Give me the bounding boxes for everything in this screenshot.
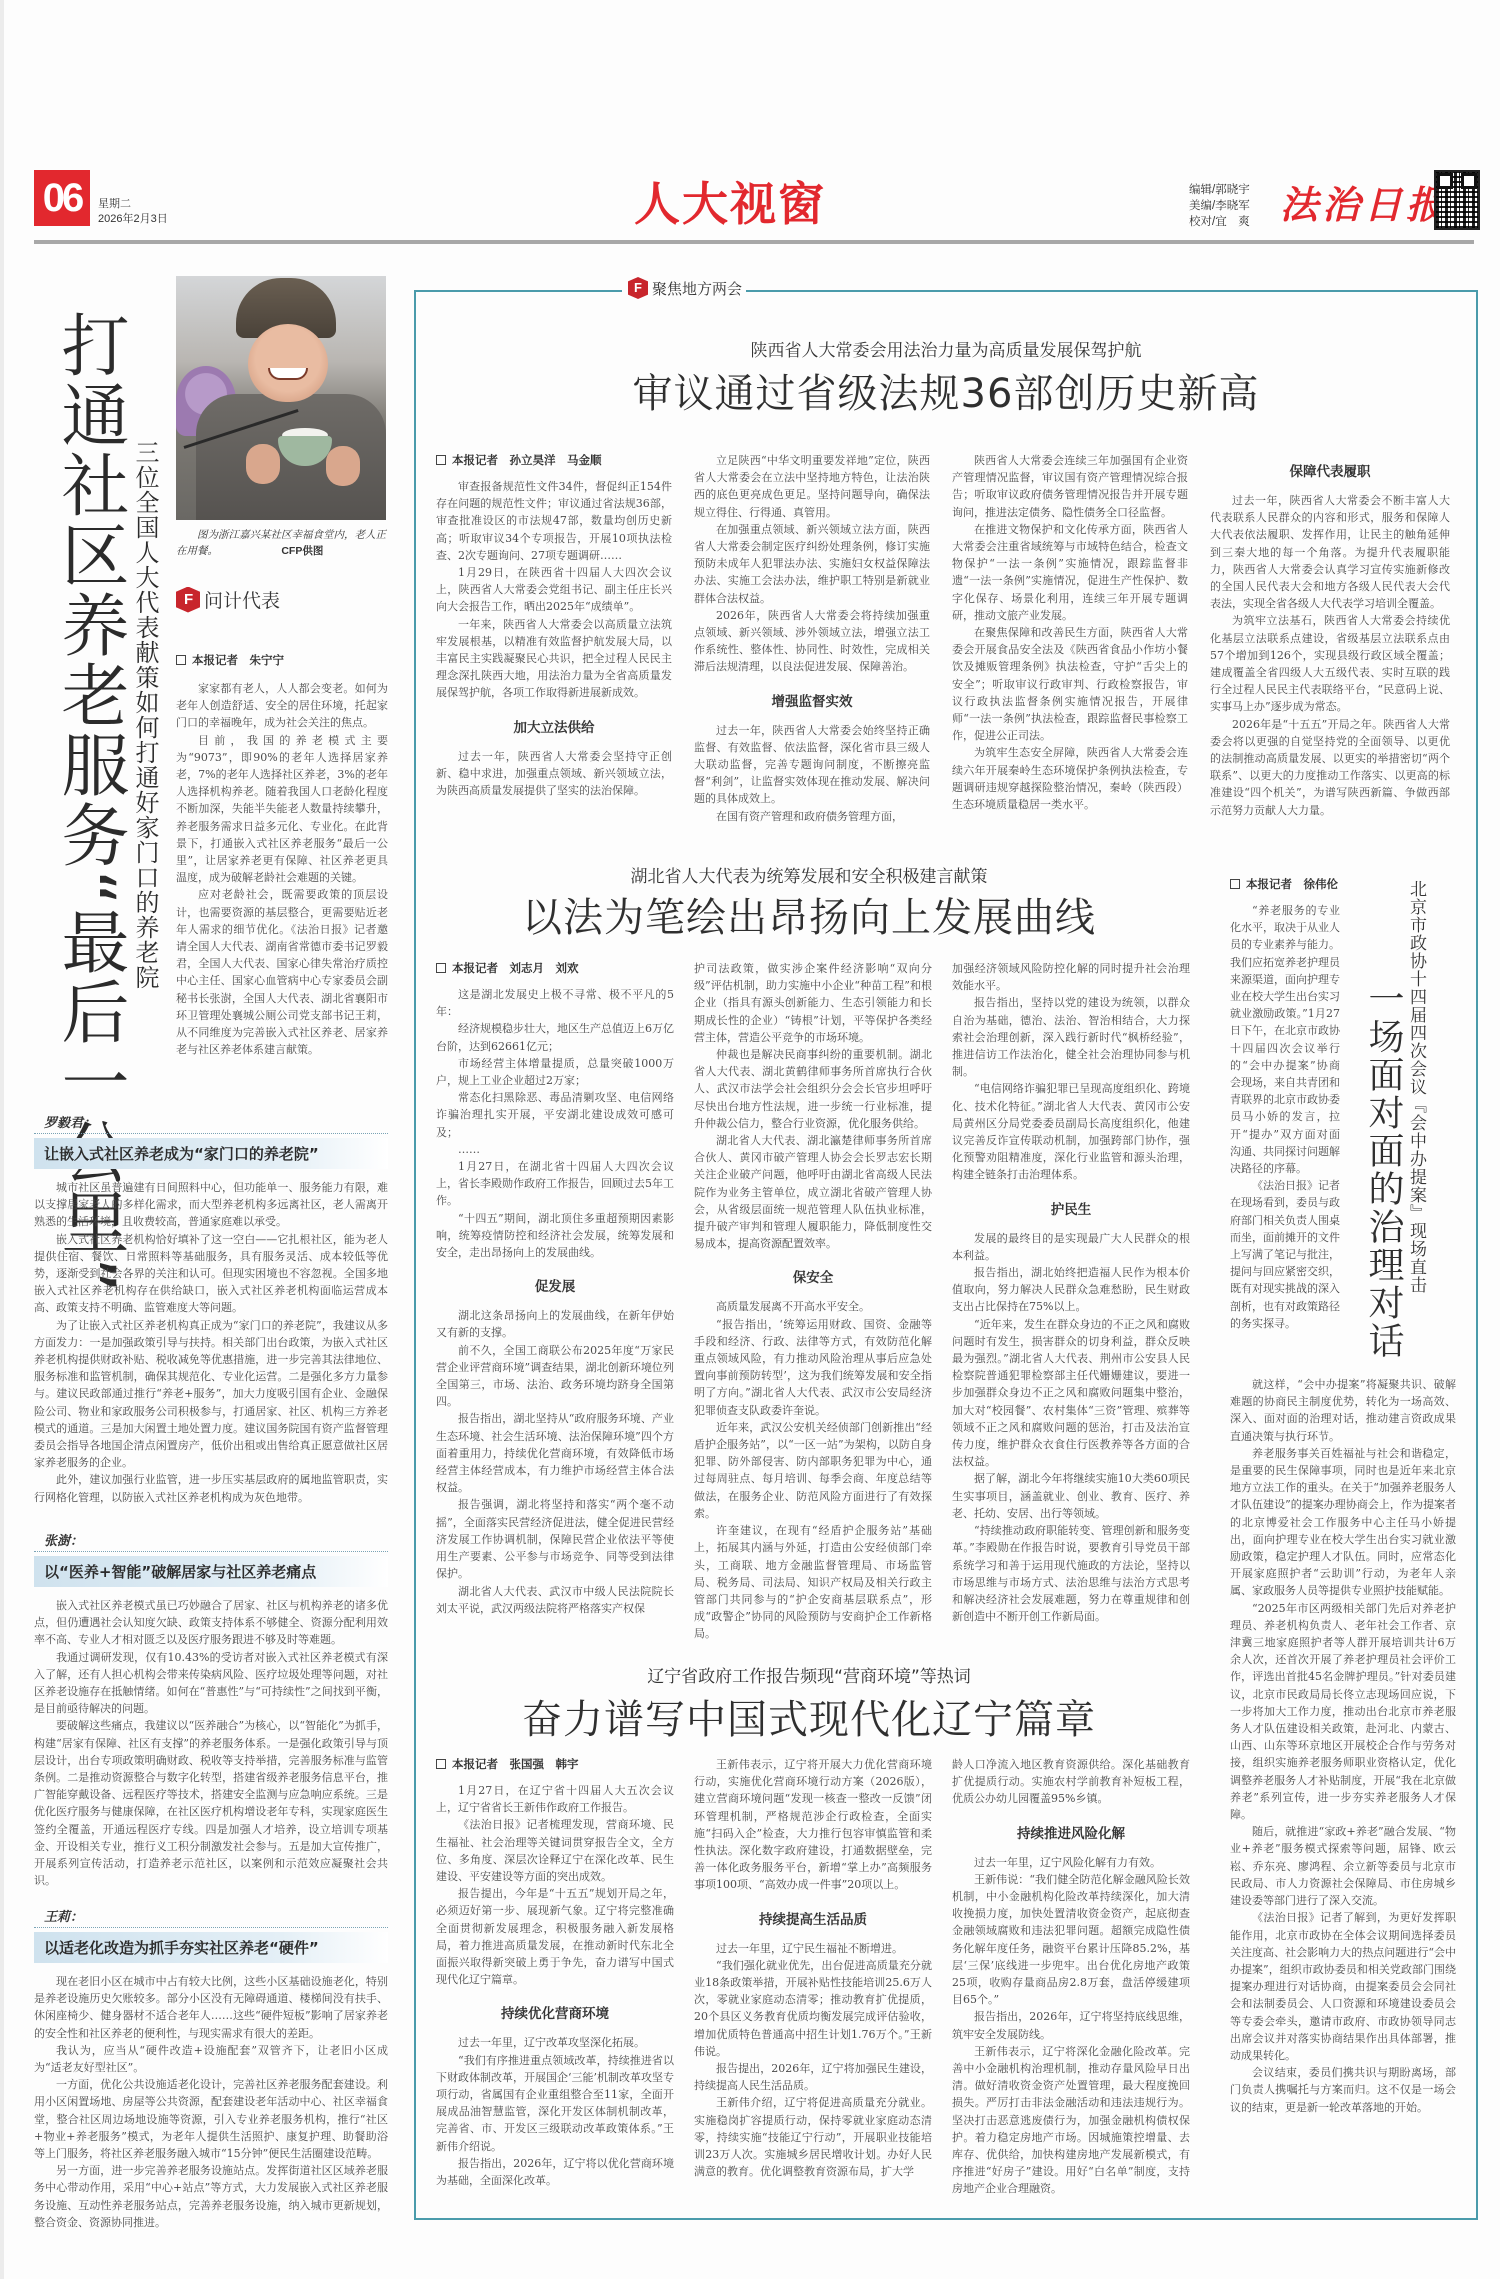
column-title: 人大视窗	[634, 168, 826, 234]
photo-caption: 图为浙江嘉兴某社区幸福食堂内，老人正在用餐。 CFP供图	[176, 527, 388, 559]
liaoning-col-3: 龄人口净流入地区教育资源供给。深化基础教育扩优提质行动。实施农村学前教育补短板工…	[952, 1756, 1190, 2198]
section-tag-wenji: 问计代表	[176, 586, 280, 613]
liaoning-col-1: 本报记者 张国强 韩宇 1月27日，在辽宁省十四届人大五次会议上，辽宁省省长王新…	[436, 1756, 674, 2189]
masthead-rule	[34, 240, 1474, 244]
subheading: 护民生	[952, 1198, 1190, 1218]
byline: 本报记者 张国强 韩宇	[436, 1756, 674, 1772]
section-headline: 以“医养+智能”破解居家与社区养老痛点	[34, 1556, 388, 1587]
shaanxi-col-1: 本报记者 孙立昊洋 马金顺 审查报备规范性文件34件，督促纠正154件存在问题的…	[436, 452, 672, 799]
liaoning-kicker: 辽宁省政府工作报告频现“营商环境”等热词	[414, 1662, 1204, 1687]
editor-credits: 编辑/郭晓宇 美编/李晓军 校对/宜 爽	[1189, 182, 1250, 230]
beijing-col-narrow: 本报记者 徐伟伦 “养老服务的专业化水平，取决于从业人员的专业素养与能力。我们应…	[1230, 876, 1340, 1332]
liaoning-col-2: 王新伟表示，辽宁将开展大力优化营商环境行动，实施优化营商环境行动方案（2026版…	[694, 1756, 932, 2180]
feature-intro: 家家都有老人，人人都会变老。如何为老年人创造舒适、安全的居住环境，托起家门口的幸…	[176, 680, 388, 1058]
beijing-headline: 一场面对面的治理对话	[1358, 980, 1409, 1360]
newspaper-logo: 法治日报	[1280, 174, 1448, 229]
square-bullet-icon	[436, 963, 446, 973]
subheading: 促发展	[436, 1275, 674, 1295]
shaanxi-col-2: 立足陕西“中华文明重要发祥地”定位，陕西省人大常委会在立法中坚持地方特色，让法治…	[694, 452, 930, 825]
hubei-col-1: 本报记者 刘志月 刘欢 这是湖北发展史上极不寻常、极不平凡的5年： 经济规模稳步…	[436, 960, 674, 1617]
credit-designer: 美编/李晓军	[1189, 198, 1250, 214]
shaanxi-kicker: 陕西省人大常委会用法治力量为高质量发展保驾护航	[414, 336, 1478, 361]
liaoning-headline: 奋力谱写中国式现代化辽宁篇章	[414, 1688, 1204, 1745]
feature-photo	[176, 276, 386, 520]
speaker-name: 罗毅君：	[34, 1112, 388, 1134]
issue-date: 2026年2月3日	[98, 210, 168, 226]
square-bullet-icon	[436, 1759, 446, 1769]
subheading: 持续优化营商环境	[436, 2002, 674, 2022]
subheading: 持续提高生活品质	[694, 1908, 932, 1928]
square-bullet-icon	[436, 455, 446, 465]
section-headline: 让嵌入式社区养老成为“家门口的养老院”	[34, 1138, 388, 1169]
page-number: 06	[34, 170, 90, 226]
subheading: 保安全	[694, 1266, 932, 1286]
hubei-headline: 以法为笔绘出昂扬向上发展曲线	[414, 886, 1204, 943]
newspaper-page: 06 星期二 2026年2月3日 人大视窗 编辑/郭晓宇 美编/李晓军 校对/宜…	[0, 0, 1500, 2279]
byline: 本报记者 朱宁宁	[176, 652, 284, 668]
subheading: 增强监督实效	[694, 690, 930, 710]
speaker-name: 王莉：	[34, 1906, 388, 1928]
section-tag-jujiao: 聚焦地方两会	[624, 277, 746, 299]
hubei-kicker: 湖北省人大代表为统筹发展和安全积极建言献策	[414, 862, 1204, 887]
shaanxi-col-4: 保障代表履职 过去一年，陕西省人大常委会不断丰富人大代表联系人民群众的内容和形式…	[1210, 446, 1450, 819]
f-logo-icon	[176, 587, 200, 613]
subheading: 保障代表履职	[1210, 460, 1450, 480]
square-bullet-icon	[176, 655, 186, 665]
section-headline: 以适老化改造为抓手夯实社区养老“硬件”	[34, 1932, 388, 1963]
hubei-col-3: 加强经济领域风险防控化解的同时提升社会治理效能水平。 报告指出，坚持以党的建设为…	[952, 960, 1190, 1625]
shaanxi-col-3: 陕西省人大常委会连续三年加强国有企业资产管理情况监督，审议国有资产管理情况综合报…	[952, 452, 1188, 813]
representative-section: 王莉： 以适老化改造为抓手夯实社区养老“硬件” 现在老旧小区在城市中占有较大比例…	[34, 1906, 388, 2231]
credit-proofreader: 校对/宜 爽	[1189, 214, 1250, 230]
weekday: 星期二	[98, 195, 131, 211]
subheading: 加大立法供给	[436, 716, 672, 736]
beijing-col-wide: 就这样，“会中办提案”将凝聚共识、破解难题的协商民主制度优势，转化为一场高效、深…	[1230, 1376, 1456, 2116]
byline: 本报记者 刘志月 刘欢	[436, 960, 674, 976]
shaanxi-headline: 审议通过省级法规36部创历史新高	[414, 362, 1478, 419]
subheading: 持续推进风险化解	[952, 1822, 1190, 1842]
feature-subheadline: 三位全国人大代表献策如何打通好家门口的养老院	[128, 440, 163, 990]
qr-code-icon[interactable]	[1434, 170, 1480, 230]
credit-editor: 编辑/郭晓宇	[1189, 182, 1250, 198]
representative-section: 张澍： 以“医养+智能”破解居家与社区养老痛点 嵌入式社区养老模式虽已巧妙融合了…	[34, 1530, 388, 1889]
byline: 本报记者 孙立昊洋 马金顺	[436, 452, 672, 468]
representative-section: 罗毅君： 让嵌入式社区养老成为“家门口的养老院” 城市社区虽普遍建有日间照料中心…	[34, 1112, 388, 1506]
speaker-name: 张澍：	[34, 1530, 388, 1552]
masthead: 06 星期二 2026年2月3日 人大视窗 编辑/郭晓宇 美编/李晓军 校对/宜…	[34, 160, 1474, 260]
f-logo-icon	[628, 277, 648, 299]
byline: 本报记者 徐伟伦	[1230, 876, 1340, 892]
photo-credit: CFP供图	[281, 545, 323, 557]
hubei-col-2: 护司法政策，做实涉企案件经济影响“双向分级”评估机制，助力实施中小企业“种苗工程…	[694, 960, 932, 1643]
square-bullet-icon	[1230, 879, 1240, 889]
